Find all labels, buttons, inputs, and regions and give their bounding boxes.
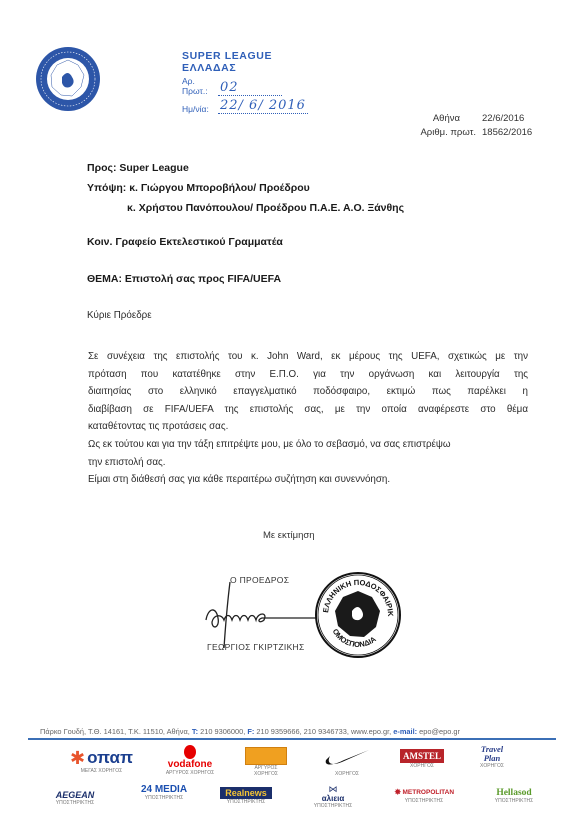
sponsor-amstel: AMSTEL ΧΟΡΗΓΟΣ	[400, 749, 444, 769]
sponsor-travelplan-logo: Travel Plan	[472, 745, 512, 763]
place-label: Αθήνα	[400, 112, 482, 126]
sponsor-opap-logo: οπαπ	[87, 748, 133, 768]
sponsor-silver: ΑΡΓΥΡΟΣ ΧΟΡΗΓΟΣ	[244, 747, 288, 777]
sponsor-24media: 24 MEDIA ΥΠΟΣΤΗΡΙΚΤΗΣ	[137, 784, 191, 801]
footer-phone-label: T:	[192, 727, 198, 736]
sponsor-caption: ΑΡΓΥΡΟΣ ΧΟΡΗΓΟΣ	[165, 770, 215, 776]
sponsor-caption: ΥΠΟΣΤΗΡΙΚΤΗΣ	[393, 798, 455, 804]
sponsor-caption: ΥΠΟΣΤΗΡΙΚΤΗΣ	[47, 800, 103, 806]
sponsor-realnews: Realnews ΥΠΟΣΤΗΡΙΚΤΗΣ	[220, 787, 272, 805]
sponsor-nike: ΧΟΡΗΓΟΣ	[322, 748, 372, 777]
footer-email[interactable]: epo@epo.gr	[419, 727, 460, 736]
recipient-attention-1: Υπόψη: κ. Γιώργου Μποροβήλου/ Προέδρου	[87, 182, 310, 194]
sponsor-caption: ΧΟΡΗΓΟΣ	[400, 763, 444, 769]
sponsor-aegean-logo: AEGEAN	[47, 790, 103, 800]
signatory-name: ΓΕΩΡΓΙΟΣ ΓΚΙΡΤΖΙΚΗΣ	[207, 642, 305, 652]
sponsor-vodafone: vodafone ΑΡΓΥΡΟΣ ΧΟΡΗΓΟΣ	[165, 745, 215, 776]
footer-contact: Πάρκο Γουδή, Τ.Θ. 14161, Τ.Κ. 11510, Αθή…	[40, 727, 540, 736]
letter-salutation: Κύριε Πρόεδρε	[87, 310, 152, 321]
opap-star-icon: ✱	[70, 749, 85, 767]
metropolitan-icon: ✸	[394, 787, 402, 798]
footer-divider	[28, 738, 556, 740]
footer-phone: 210 9306000,	[200, 727, 245, 736]
body-line: Σε συνέχεια της επιστολής του κ. John Wa…	[88, 348, 528, 366]
stamp-date-value: 22/ 6/ 2016	[218, 98, 308, 114]
recipient-cc: Κοιν. Γραφείο Εκτελεστικού Γραμματέα	[87, 236, 283, 248]
body-line: διαβίβαση σε FIFA/UEFA της επιστολής σας…	[88, 401, 528, 419]
sponsor-24media-logo: 24 MEDIA	[137, 784, 191, 795]
sponsor-caption: ΥΠΟΣΤΗΡΙΚΤΗΣ	[487, 798, 541, 804]
sponsor-aegean: AEGEAN ΥΠΟΣΤΗΡΙΚΤΗΣ	[47, 790, 103, 806]
footer-fax-label: F:	[247, 727, 254, 736]
stamp-title: SUPER LEAGUE ΕΛΛΑΔΑΣ	[182, 50, 322, 74]
nike-swoosh-icon	[324, 748, 370, 766]
footer-fax: 210 9359666, 210 9346733, www.epo.gr,	[256, 727, 391, 736]
sponsor-metropolitan-logo: METROPOLITAN	[403, 789, 455, 796]
sponsor-caption: ΥΠΟΣΤΗΡΙΚΤΗΣ	[306, 803, 360, 809]
letter-subject: ΘΕΜΑ: Επιστολή σας προς FIFA/UEFA	[87, 273, 281, 285]
sponsor-caption: ΧΟΡΗΓΟΣ	[322, 771, 372, 777]
fish-icon: ⋈	[306, 785, 360, 794]
sponsor-alieia-logo: αλιεια	[306, 794, 360, 803]
sponsor-realnews-logo: Realnews	[220, 787, 272, 799]
sponsor-silver-logo	[245, 747, 287, 765]
sponsor-caption: ΥΠΟΣΤΗΡΙΚΤΗΣ	[137, 795, 191, 801]
sponsor-caption: ΑΡΓΥΡΟΣ ΧΟΡΗΓΟΣ	[244, 765, 288, 777]
sponsor-travelplan: Travel Plan ΧΟΡΗΓΟΣ	[472, 745, 512, 769]
stamp-date-label: Ημ/νία:	[182, 104, 218, 114]
sponsor-amstel-logo: AMSTEL	[400, 749, 444, 763]
sponsor-hellasod-logo: Hellasod	[487, 788, 541, 798]
sponsor-hellasod: Hellasod ΥΠΟΣΤΗΡΙΚΤΗΣ	[487, 788, 541, 804]
vodafone-drop-icon	[184, 745, 196, 759]
sponsor-caption: ΧΟΡΗΓΟΣ	[472, 763, 512, 769]
letter-body: Σε συνέχεια της επιστολής του κ. John Wa…	[88, 348, 528, 489]
stamp-protocol-value: 02	[218, 80, 282, 96]
stamp-protocol-label: Αρ. Πρωτ.:	[182, 76, 218, 96]
sponsor-metropolitan: ✸ METROPOLITAN ΥΠΟΣΤΗΡΙΚΤΗΣ	[393, 787, 455, 804]
footer-email-label: e-mail:	[393, 727, 417, 736]
body-line: διαιτησίας στο ελληνικό επαγγελματικό πο…	[88, 383, 528, 401]
body-line: καταθέτοντας τις προτάσεις σας.	[88, 418, 528, 436]
protocol-number: 18562/2016	[482, 126, 532, 140]
body-line: Είμαι στη διάθεσή σας για κάθε περαιτέρω…	[88, 471, 528, 489]
sponsor-caption: ΜΕΓΑΣ ΧΟΡΗΓΟΣ	[70, 768, 133, 774]
footer-address: Πάρκο Γουδή, Τ.Θ. 14161, Τ.Κ. 11510, Αθή…	[40, 727, 190, 736]
document-meta: Αθήνα 22/6/2016 Αριθμ. πρωτ. 18562/2016	[400, 112, 532, 140]
recipient-attention-2: κ. Χρήστου Πανόπουλου/ Προέδρου Π.Α.Ε. Α…	[127, 202, 404, 214]
sponsor-vodafone-logo: vodafone	[165, 759, 215, 770]
protocol-label: Αριθμ. πρωτ.	[400, 126, 482, 140]
federation-logo-icon	[34, 45, 102, 113]
sponsor-opap: ✱ οπαπ ΜΕΓΑΣ ΧΟΡΗΓΟΣ	[70, 748, 133, 774]
federation-seal-icon: ΕΛΛΗΝΙΚΗ ΠΟΔΟΣΦΑΙΡΙΚΗ ΟΜΟΣΠΟΝΔΙΑ	[314, 571, 402, 659]
body-line: πρόταση που κατατέθηκε στην Ε.Π.Ο. για τ…	[88, 366, 528, 384]
body-line: την επιστολή σας.	[88, 454, 528, 472]
receipt-stamp: SUPER LEAGUE ΕΛΛΑΔΑΣ Αρ. Πρωτ.: 02 Ημ/νί…	[182, 50, 322, 114]
letter-closing: Με εκτίμηση	[263, 530, 315, 541]
body-line: Ως εκ τούτου και για την τάξη επιτρέψτε …	[88, 436, 528, 454]
sponsor-caption: ΥΠΟΣΤΗΡΙΚΤΗΣ	[220, 799, 272, 805]
sponsor-alieia: ⋈ αλιεια ΥΠΟΣΤΗΡΙΚΤΗΣ	[306, 785, 360, 809]
recipient-to: Προς: Super League	[87, 162, 189, 174]
document-date: 22/6/2016	[482, 112, 524, 126]
